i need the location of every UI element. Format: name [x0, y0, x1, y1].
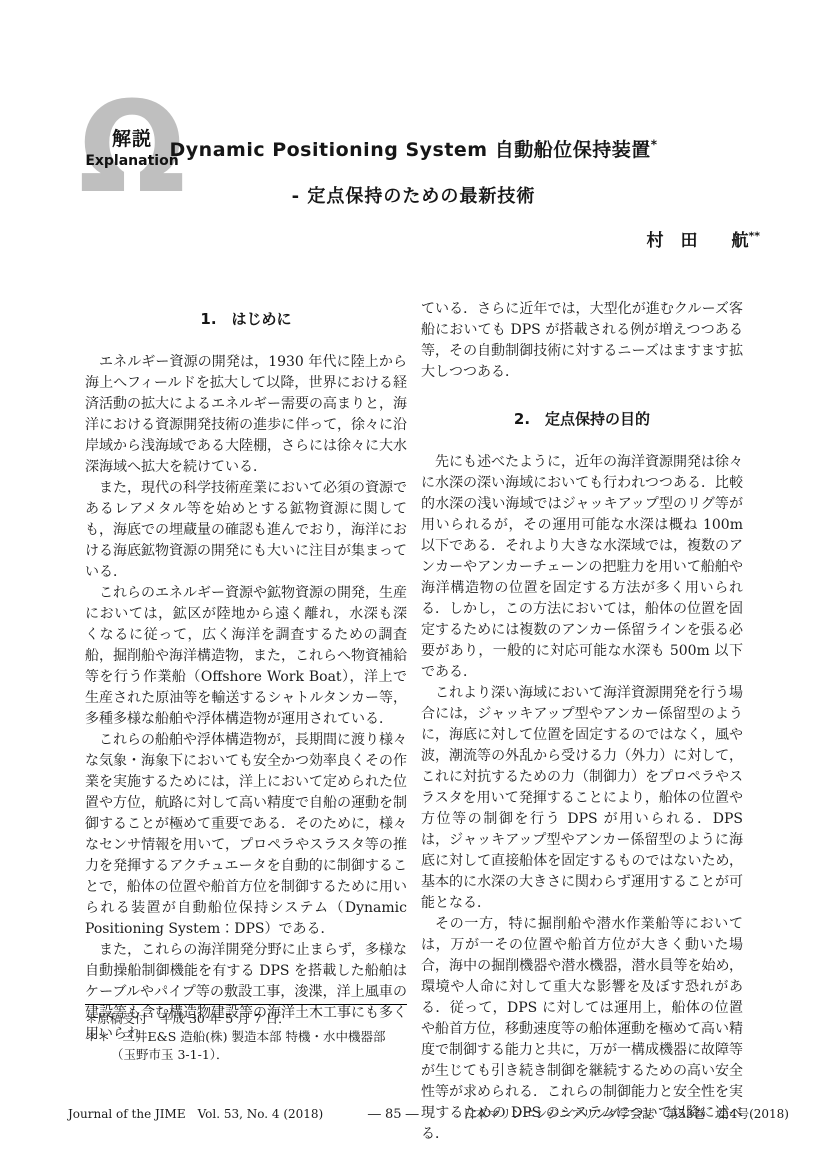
footer-page-number: ― 85 ― — [368, 1107, 419, 1122]
body-paragraph: エネルギー資源の開発は，1930 年代に陸上から海上へフィールドを拡大して以降，… — [85, 352, 407, 478]
footnote-address: （玉野市玉 3-1-1）． — [85, 1046, 407, 1064]
journal-page: Ω 解説 Explanation Dynamic Positioning Sys… — [0, 0, 827, 1170]
author-footnote-marker: ** — [748, 229, 760, 242]
footnote-affiliation: ＊＊ 三井E&S 造船(株) 製造本部 特機・水中機器部 — [85, 1028, 407, 1046]
footer-journal-name: Journal of the JIME Vol. 53, No. 4 (2018… — [68, 1105, 323, 1122]
article-title-text: Dynamic Positioning System 自動船位保持装置 — [170, 139, 651, 161]
section-1-heading: 1. はじめに — [85, 309, 407, 330]
author-line: 村 田 航** — [646, 226, 760, 251]
footnote-received-date: ＊原稿受付 平成 30 年 5 月 7 日． — [85, 1010, 407, 1028]
article-subtitle: - 定点保持のための最新技術 — [0, 182, 827, 208]
article-title: Dynamic Positioning System 自動船位保持装置* — [0, 135, 827, 162]
right-column: ている．さらに近年では，大型化が進むクルーズ客船においても DPS が搭載される… — [421, 299, 743, 1145]
body-paragraph: これより深い海域において海洋資源開発を行う場合には，ジャッキアップ型やアンカー係… — [421, 683, 743, 914]
author-name: 村 田 航 — [646, 231, 748, 251]
footnote-block: ＊原稿受付 平成 30 年 5 月 7 日． ＊＊ 三井E&S 造船(株) 製造… — [85, 1004, 407, 1064]
footer-society-name: 日本マリンエンジニアリング学会誌 第53巻 第4号(2018) — [463, 1105, 789, 1122]
body-paragraph: また，現代の科学技術産業において必須の資源であるレアメタル等を始めとする鉱物資源… — [85, 478, 407, 583]
body-paragraph: これらのエネルギー資源や鉱物資源の開発，生産においては，鉱区が陸地から遠く離れ，… — [85, 583, 407, 730]
body-paragraph: これらの船舶や浮体構造物が，長期間に渡り様々な気象・海象下においても安全かつ効率… — [85, 730, 407, 940]
body-paragraph-continuation: ている．さらに近年では，大型化が進むクルーズ客船においても DPS が搭載される… — [421, 299, 743, 383]
page-footer: Journal of the JIME Vol. 53, No. 4 (2018… — [68, 1105, 789, 1122]
body-paragraph: 先にも述べたように，近年の海洋資源開発は徐々に水深の深い海域においても行われつつ… — [421, 452, 743, 683]
title-footnote-marker: * — [651, 138, 658, 152]
title-block: Dynamic Positioning System 自動船位保持装置* - 定… — [0, 135, 827, 208]
section-2-heading: 2. 定点保持の目的 — [421, 409, 743, 430]
